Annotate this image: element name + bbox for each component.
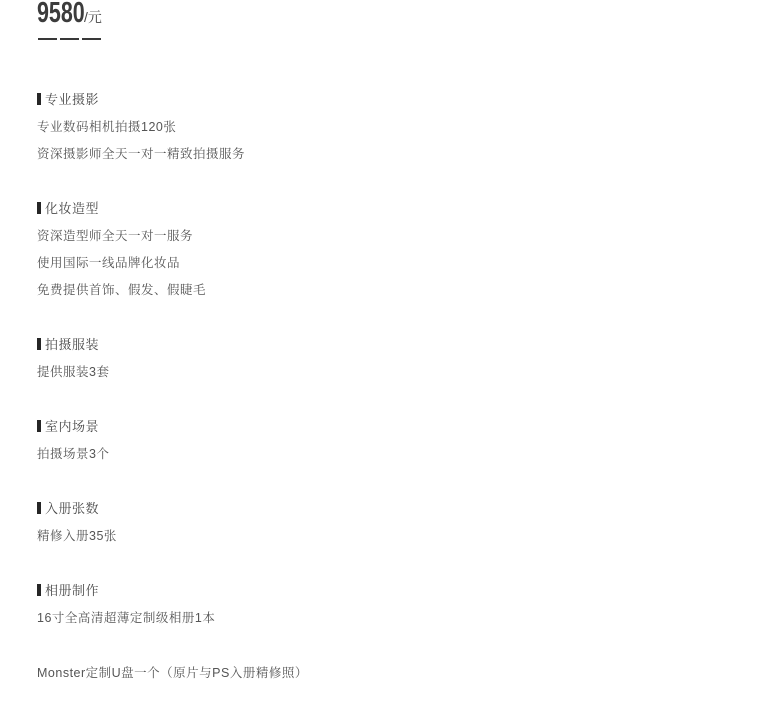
section-title-text: 拍摄服装 bbox=[45, 334, 99, 353]
price-amount: 9580 bbox=[37, 0, 72, 28]
package-section: 专业摄影专业数码相机拍摄120张资深摄影师全天一对一精致拍摄服务 bbox=[37, 85, 308, 166]
package-detail-page: 9580/元 专业摄影专业数码相机拍摄120张资深摄影师全天一对一精致拍摄服务化… bbox=[0, 0, 772, 710]
section-title: 拍摄服装 bbox=[37, 330, 308, 357]
section-title-text: 专业摄影 bbox=[45, 89, 99, 108]
section-title: 相册制作 bbox=[37, 576, 308, 603]
section-line-text: 使用国际一线品牌化妆品 bbox=[37, 248, 308, 275]
section-title-text: 入册张数 bbox=[45, 498, 99, 517]
dash-segment bbox=[38, 38, 57, 40]
bullet-square-icon bbox=[37, 202, 41, 214]
price: 9580/元 bbox=[37, 0, 102, 33]
bullet-square-icon bbox=[37, 502, 41, 514]
dash-segment bbox=[60, 38, 79, 40]
section-line-text: 拍摄场景3个 bbox=[37, 439, 308, 466]
section-title: 专业摄影 bbox=[37, 85, 308, 112]
dash-segment bbox=[82, 38, 101, 40]
section-line-text: 提供服装3套 bbox=[37, 357, 308, 384]
section-line-text: 免费提供首饰、假发、假睫毛 bbox=[37, 275, 308, 302]
price-unit: /元 bbox=[84, 9, 102, 25]
sections-list: 专业摄影专业数码相机拍摄120张资深摄影师全天一对一精致拍摄服务化妆造型资深造型… bbox=[37, 85, 308, 685]
section-title: 化妆造型 bbox=[37, 194, 308, 221]
bullet-square-icon bbox=[37, 420, 41, 432]
section-line-text: 16寸全高清超薄定制级相册1本 bbox=[37, 603, 308, 630]
bullet-square-icon bbox=[37, 584, 41, 596]
package-section: 入册张数精修入册35张 bbox=[37, 494, 308, 548]
section-title: 入册张数 bbox=[37, 494, 308, 521]
section-title-text: 室内场景 bbox=[45, 416, 99, 435]
package-section: 化妆造型资深造型师全天一对一服务使用国际一线品牌化妆品免费提供首饰、假发、假睫毛 bbox=[37, 194, 308, 302]
section-line-text: 专业数码相机拍摄120张 bbox=[37, 112, 308, 139]
section-title: 室内场景 bbox=[37, 412, 308, 439]
dash-divider bbox=[38, 38, 101, 40]
package-section: 相册制作16寸全高清超薄定制级相册1本 bbox=[37, 576, 308, 630]
section-line-text: 资深摄影师全天一对一精致拍摄服务 bbox=[37, 139, 308, 166]
section-title-text: 相册制作 bbox=[45, 580, 99, 599]
bullet-square-icon bbox=[37, 338, 41, 350]
package-section: 拍摄服装提供服装3套 bbox=[37, 330, 308, 384]
bullet-square-icon bbox=[37, 93, 41, 105]
package-section: 室内场景拍摄场景3个 bbox=[37, 412, 308, 466]
section-line-text: 精修入册35张 bbox=[37, 521, 308, 548]
section-line-text: 资深造型师全天一对一服务 bbox=[37, 221, 308, 248]
usb-note: Monster定制U盘一个（原片与PS入册精修照） bbox=[37, 658, 308, 685]
section-title-text: 化妆造型 bbox=[45, 198, 99, 217]
